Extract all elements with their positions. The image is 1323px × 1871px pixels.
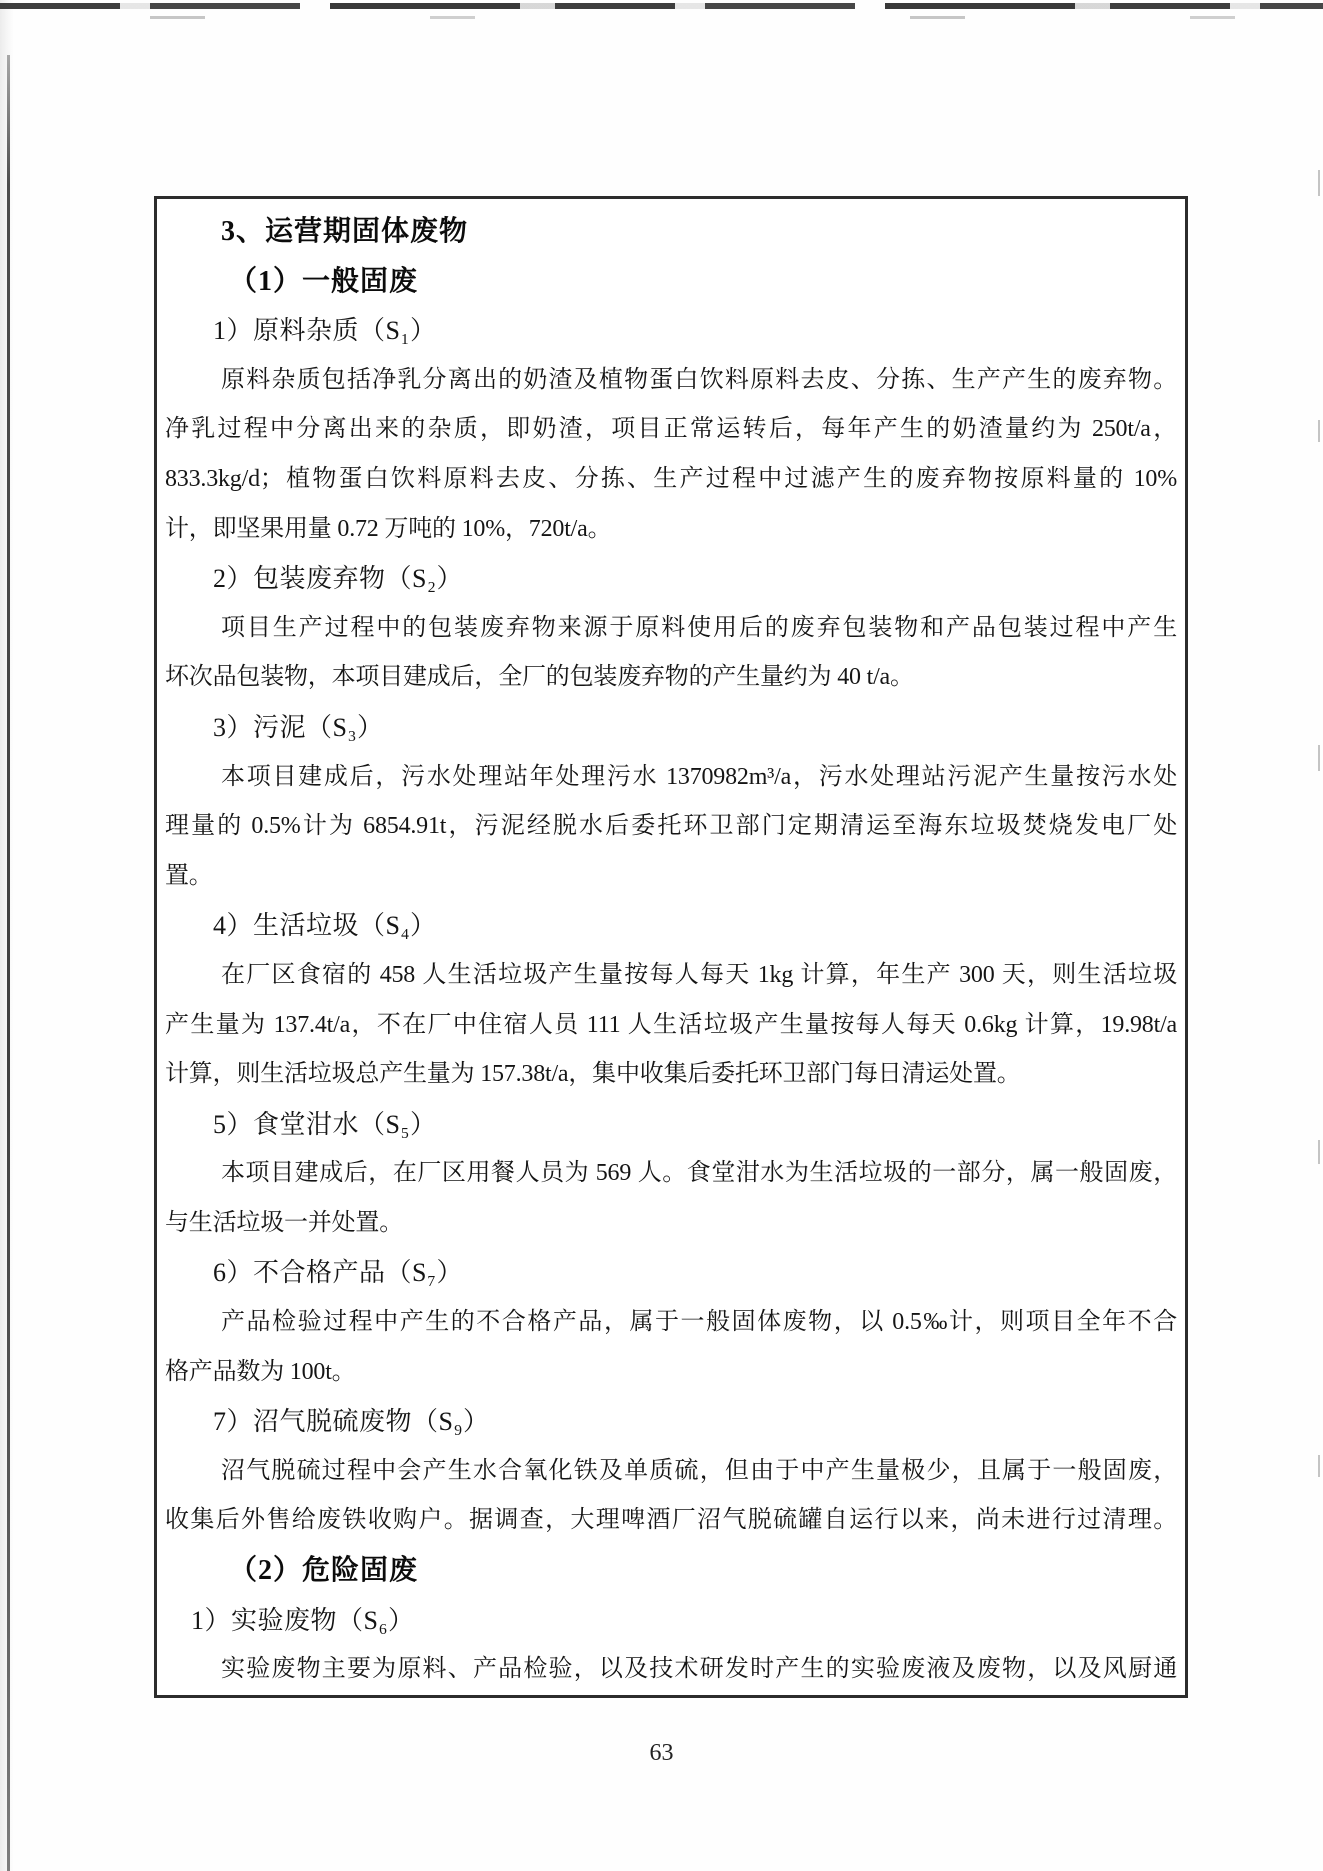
scan-speck (1318, 1140, 1320, 1164)
text-line: 收集后外售给废铁收购户。据调查，大理啤酒厂沼气脱硫罐自运行以来，尚未进行过清理。 (165, 1496, 1177, 1546)
text-line: 置。 (165, 852, 1177, 902)
text-line: 7）沼气脱硫废物（S₉） (165, 1397, 1177, 1447)
text-line: 本项目建成后，污水处理站年处理污水 1370982m³/a，污水处理站污泥产生量… (165, 753, 1177, 803)
page-number: 63 (0, 1740, 1323, 1767)
text-line: （1）一般固废 (165, 257, 1177, 307)
text-line: 3）污泥（S₃） (165, 703, 1177, 753)
text-line: 理量的 0.5%计为 6854.91t，污泥经脱水后委托环卫部门定期清运至海东垃… (165, 802, 1177, 852)
text-line: 2）包装废弃物（S₂） (165, 554, 1177, 604)
scan-speck (1318, 170, 1320, 196)
scanned-document-page: 3、运营期固体废物（1）一般固废1）原料杂质（S₁）原料杂质包括净乳分离出的奶渣… (0, 0, 1323, 1871)
text-line: 实验废物主要为原料、产品检验，以及技术研发时产生的实验废液及废物，以及风厨通 (165, 1645, 1177, 1695)
text-line: 格产品数为 100t。 (165, 1348, 1177, 1398)
text-line: 计算，则生活垃圾总产生量为 157.38t/a，集中收集后委托环卫部门每日清运处… (165, 1050, 1177, 1100)
text-line: 坏次品包装物，本项目建成后，全厂的包装废弃物的产生量约为 40 t/a。 (165, 653, 1177, 703)
scan-top-artifact (0, 3, 1323, 9)
text-line: 本项目建成后，在厂区用餐人员为 569 人。食堂泔水为生活垃圾的一部分，属一般固… (165, 1149, 1177, 1199)
text-line: 5）食堂泔水（S₅） (165, 1100, 1177, 1150)
scan-top-dashes-artifact (0, 16, 1323, 19)
text-line: 产品检验过程中产生的不合格产品，属于一般固体废物，以 0.5‰计，则项目全年不合 (165, 1298, 1177, 1348)
text-line: 在厂区食宿的 458 人生活垃圾产生量按每人每天 1kg 计算，年生产 300 … (165, 951, 1177, 1001)
scan-speck (1318, 745, 1320, 771)
text-line: 产生量为 137.4t/a，不在厂中住宿人员 111 人生活垃圾产生量按每人每天… (165, 1001, 1177, 1051)
scan-speck (1318, 1455, 1320, 1477)
text-line: 项目生产过程中的包装废弃物来源于原料使用后的废弃包装物和产品包装过程中产生 (165, 604, 1177, 654)
text-line: 沼气脱硫过程中会产生水合氧化铁及单质硫，但由于中产生量极少，且属于一般固废， (165, 1447, 1177, 1497)
text-line: 1）原料杂质（S₁） (165, 306, 1177, 356)
text-line: 1）实验废物（S₆） (165, 1596, 1177, 1646)
scan-left-edge-artifact (7, 55, 10, 1871)
text-line: 净乳过程中分离出来的杂质，即奶渣，项目正常运转后，每年产生的奶渣量约为 250t… (165, 405, 1177, 455)
document-box: 3、运营期固体废物（1）一般固废1）原料杂质（S₁）原料杂质包括净乳分离出的奶渣… (154, 196, 1188, 1698)
text-line: 6）不合格产品（S₇） (165, 1248, 1177, 1298)
scan-speck (1318, 420, 1320, 442)
text-line: （2）危险固废 (165, 1546, 1177, 1596)
text-line: 原料杂质包括净乳分离出的奶渣及植物蛋白饮料原料去皮、分拣、生产产生的废弃物。 (165, 356, 1177, 406)
text-line: 3、运营期固体废物 (165, 207, 1177, 257)
text-line: 4）生活垃圾（S₄） (165, 901, 1177, 951)
text-line: 与生活垃圾一并处置。 (165, 1199, 1177, 1249)
text-line: 计，即坚果用量 0.72 万吨的 10%，720t/a。 (165, 505, 1177, 555)
text-line: 833.3kg/d；植物蛋白饮料原料去皮、分拣、生产过程中过滤产生的废弃物按原料… (165, 455, 1177, 505)
